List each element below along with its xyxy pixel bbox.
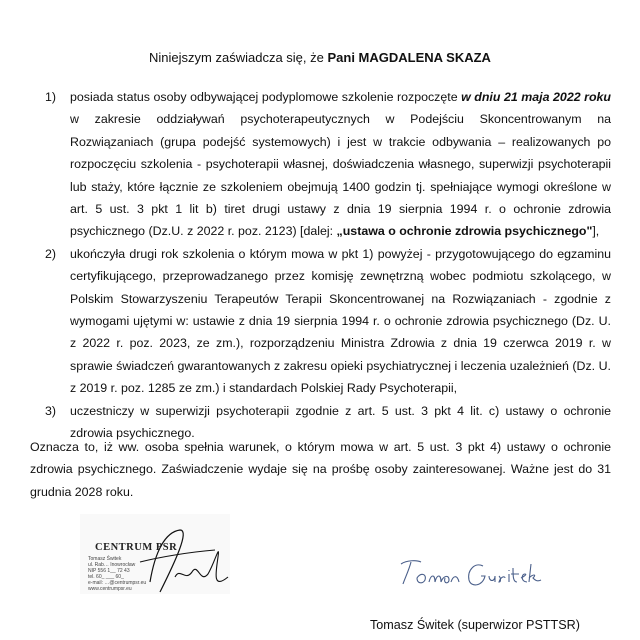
act-short-name: „ustawa o ochronie zdrowia psychicznego" [337, 224, 593, 238]
item-text: posiada status osoby odbywającej podyplo… [70, 90, 461, 104]
condition-item-1: 1) posiada status osoby odbywającej pody… [45, 86, 611, 243]
conditions-list: 1) posiada status osoby odbywającej pody… [45, 86, 611, 445]
condition-item-2: 2) ukończyła drugi rok szkolenia o który… [45, 243, 611, 400]
heading-prefix: Niniejszym zaświadcza się, że [149, 50, 327, 65]
recipient-name: Pani MAGDALENA SKAZA [327, 50, 490, 65]
certificate-heading: Niniejszym zaświadcza się, że Pani MAGDA… [0, 50, 640, 65]
start-date-emphasis: w dniu 21 maja 2022 roku [461, 90, 611, 104]
signer-name: Tomasz Świtek (superwizor PSTTSR) [370, 618, 580, 632]
stamp-signature-scribble-icon [120, 522, 240, 602]
supervisor-signature-icon [395, 556, 555, 590]
item-text: uczestniczy w superwizji psychoterapii z… [70, 404, 611, 440]
item-number: 3) [45, 400, 56, 422]
organization-stamp: CENTRUM PSR Tomasz Świtek ul. Rab… Inowr… [70, 512, 320, 602]
item-number: 1) [45, 86, 56, 108]
item-number: 2) [45, 243, 56, 265]
item-closing: ], [592, 224, 599, 238]
item-text: ukończyła drugi rok szkolenia o którym m… [70, 247, 611, 395]
summary-paragraph: Oznacza to, iż ww. osoba spełnia warunek… [30, 436, 611, 503]
certificate-page: Niniejszym zaświadcza się, że Pani MAGDA… [0, 0, 640, 640]
item-text-continued: w zakresie oddziaływań psychoterapeutycz… [70, 112, 611, 238]
